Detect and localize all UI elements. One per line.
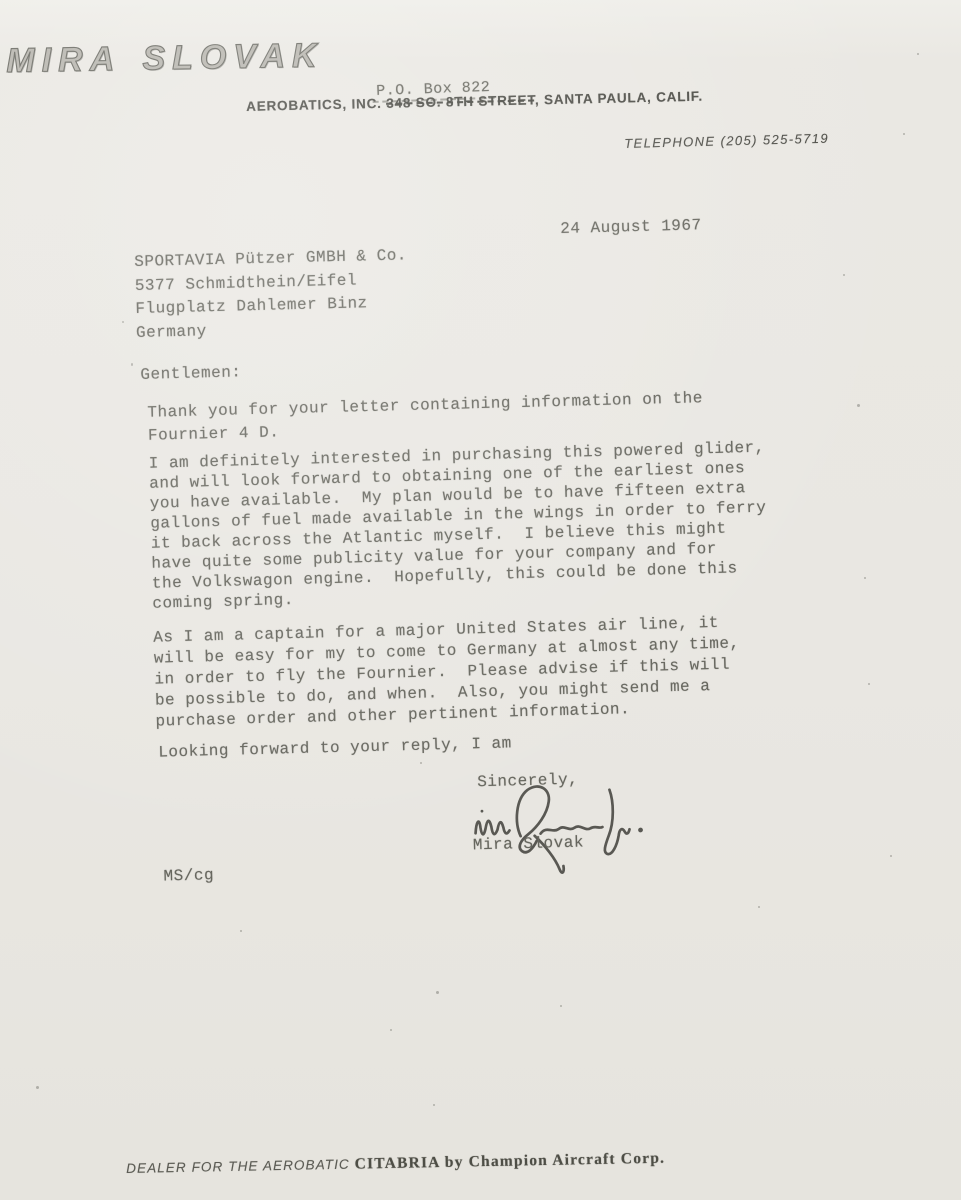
paragraph-3: As I am a captain for a major United Sta…	[153, 612, 741, 732]
champion-text: by Champion Aircraft Corp.	[440, 1150, 666, 1171]
scan-speck	[420, 762, 422, 764]
scan-speck	[433, 1104, 435, 1106]
letter-body: Gentlemen: Thank you for your letter con…	[138, 340, 832, 918]
paragraph-2: I am definitely interested in purchasing…	[149, 438, 769, 614]
scan-speck	[758, 906, 760, 908]
dealer-text: DEALER FOR THE AEROBATIC	[126, 1157, 355, 1176]
scan-speck	[843, 274, 845, 276]
scan-speck	[36, 1086, 39, 1089]
typist-initials: MS/cg	[163, 866, 214, 885]
paragraph-1: Thank you for your letter containing inf…	[147, 387, 704, 448]
scan-speck	[131, 363, 133, 366]
city-state: , SANTA PAULA, CALIF.	[535, 89, 703, 108]
letter-date: 24 August 1967	[560, 216, 702, 238]
typed-signature-name: Mira Slovak	[473, 833, 585, 854]
scan-speck	[240, 930, 242, 932]
scan-speck	[903, 133, 905, 135]
scan-speck	[917, 53, 919, 55]
struck-old-address: 348 SO. 8TH STREET	[386, 92, 535, 110]
scan-speck	[857, 404, 860, 407]
scan-speck	[864, 577, 866, 579]
scan-speck	[390, 1029, 392, 1031]
scan-speck	[560, 1005, 562, 1007]
company-name: AEROBATICS, INC.	[246, 96, 386, 114]
scan-speck	[868, 683, 870, 685]
scan-speck	[122, 321, 124, 323]
citabria-text: CITABRIA	[354, 1154, 439, 1173]
telephone-line: TELEPHONE (205) 525-5719	[624, 131, 829, 151]
closing-line: Looking forward to your reply, I am	[158, 734, 512, 761]
salutation: Gentlemen:	[140, 363, 241, 384]
scan-speck	[436, 991, 439, 994]
recipient-address: SPORTAVIA Pützer GMBH & Co. 5377 Schmidt…	[134, 244, 409, 345]
letterhead-name: MIRA SLOVAK	[6, 36, 324, 81]
scan-speck	[890, 855, 892, 857]
scanned-letter-page: MIRA SLOVAK P.O. Box 822 AEROBATICS, INC…	[0, 0, 961, 1200]
dealer-footer-line: DEALER FOR THE AEROBATIC CITABRIA by Cha…	[126, 1150, 665, 1178]
